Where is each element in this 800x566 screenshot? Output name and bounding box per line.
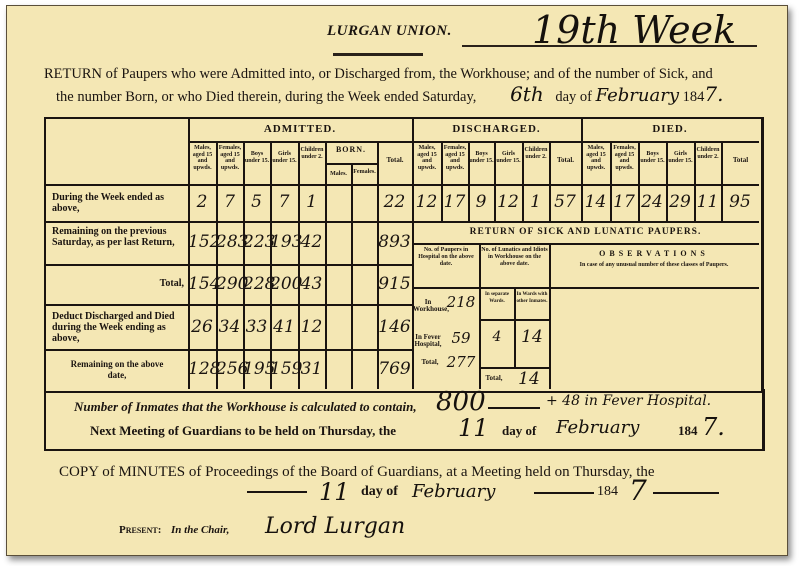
col-admitted-females: Females, aged 15 and upwds.	[217, 145, 243, 171]
with-inmates-label: In Wards with other Inmates.	[515, 291, 549, 305]
cell-value: 1	[522, 192, 549, 212]
row-label-remaining-above: Remaining on the above date,	[62, 359, 172, 381]
minutes-year-prefix: 184	[597, 484, 618, 500]
cell-value: 5	[243, 192, 270, 212]
cell-value: 893	[377, 232, 412, 252]
return-intro: RETURN of Paupers who were Admitted into…	[44, 64, 774, 107]
col-died-total: Total	[722, 157, 759, 164]
cell-value: 41	[270, 317, 298, 337]
cell-value: 152	[188, 232, 216, 252]
col-died-males: Males, aged 15 and upwds.	[582, 145, 610, 171]
cell-value: 159	[270, 359, 298, 379]
row-label-deduct: Deduct Discharged and Died during the We…	[52, 311, 182, 344]
minutes-dash-right	[653, 492, 719, 494]
cell-value: 2	[188, 192, 216, 212]
sick-col1-header: No. of Paupers in Hospital on the above …	[413, 247, 479, 268]
minutes-day-of: day of	[361, 484, 398, 500]
minutes-year-suffix: 7	[629, 474, 647, 507]
present-label: Present:	[119, 524, 161, 536]
col-discharged-boys: Boys under 15.	[469, 151, 494, 164]
cell-value: 200	[270, 274, 298, 294]
cell-value: 7	[216, 192, 243, 212]
intro-line-2: the number Born, or who Died therein, du…	[44, 84, 774, 107]
week-ended-month: February	[596, 85, 679, 106]
cell-value: 95	[721, 192, 759, 212]
cell-value: 154	[188, 274, 216, 294]
capacity-box: Number of Inmates that the Workhouse is …	[44, 389, 765, 451]
col-admitted-boys: Boys under 15.	[244, 151, 270, 164]
col-admitted-children: Children under 2.	[299, 147, 325, 160]
intro-line-1: RETURN of Paupers who were Admitted into…	[44, 64, 774, 84]
cell-value: 29	[666, 192, 694, 212]
cell-value: 22	[377, 192, 412, 212]
cell-value: 915	[377, 274, 412, 294]
col-discharged-children: Children under 2.	[523, 147, 549, 160]
cell-value: 12	[298, 317, 325, 337]
hospital-total-value: 277	[444, 353, 478, 371]
cell-value: 14	[581, 192, 610, 212]
cell-value: 17	[441, 192, 468, 212]
cell-value: 193	[270, 232, 298, 252]
col-born-males: Males.	[326, 171, 351, 178]
born-header: BORN.	[325, 145, 377, 154]
cell-value: 228	[243, 274, 270, 294]
col-admitted-total: Total.	[378, 157, 412, 164]
with-inmates-value: 14	[515, 327, 549, 347]
cell-value: 34	[216, 317, 243, 337]
next-meeting-year-prefix: 184	[678, 423, 698, 439]
document-page: LURGAN UNION. 19th Week RETURN of Pauper…	[6, 5, 788, 556]
col-died-females: Females, aged 15 and upwds.	[611, 145, 638, 171]
next-meeting-year-suffix: 7.	[702, 413, 725, 441]
lunatic-total-label: Total,	[482, 375, 506, 382]
col-admitted-girls: Girls under 15.	[271, 151, 298, 164]
day-of-label: day of	[555, 89, 592, 105]
cell-value: 769	[377, 359, 412, 379]
cell-value: 256	[216, 359, 243, 379]
capacity-dash	[488, 407, 540, 409]
in-workhouse-value: 218	[444, 293, 478, 311]
minutes-dash-mid	[534, 492, 594, 494]
col-died-children: Children under 2.	[695, 147, 721, 160]
observations-subtitle: In case of any unusual number of these c…	[566, 262, 742, 269]
sick-return-title: RETURN OF SICK AND LUNATIC PAUPERS.	[412, 227, 759, 237]
capacity-label: Number of Inmates that the Workhouse is …	[74, 399, 417, 415]
week-underline	[462, 45, 757, 47]
col-discharged-girls: Girls under 15.	[495, 151, 522, 164]
discharged-header: DISCHARGED.	[412, 123, 581, 135]
minutes-month: February	[412, 481, 495, 502]
chair-name: Lord Lurgan	[265, 514, 405, 539]
intro-line-2-text: the number Born, or who Died therein, du…	[56, 89, 476, 105]
admitted-header: ADMITTED.	[188, 123, 412, 135]
cell-value: 1	[298, 192, 325, 212]
minutes-day: 11	[319, 478, 350, 506]
cell-value: 31	[298, 359, 325, 379]
observations-title: OBSERVATIONS	[549, 249, 759, 258]
next-meeting-day-of: day of	[502, 423, 536, 439]
separate-wards-value: 4	[480, 329, 514, 345]
cell-value: 12	[412, 192, 441, 212]
col-born-females: Females.	[352, 169, 377, 176]
row-label-week: During the Week ended as above,	[52, 192, 182, 214]
year-prefix: 184	[683, 89, 705, 105]
capacity-value: 800	[436, 387, 486, 417]
minutes-heading: COPY of MINUTES of Proceedings of the Bo…	[59, 464, 655, 481]
cell-value: 33	[243, 317, 270, 337]
chair-label: In the Chair,	[171, 524, 229, 536]
next-meeting-month: February	[556, 417, 639, 438]
week-ended-day: 6th	[510, 82, 544, 106]
cell-value: 42	[298, 232, 325, 252]
minutes-line-1: COPY of MINUTES of Proceedings of the Bo…	[59, 464, 655, 480]
cell-value: 57	[549, 192, 581, 212]
in-fever-hospital-value: 59	[444, 329, 478, 347]
cell-value: 195	[243, 359, 270, 379]
title-rule	[333, 53, 423, 56]
union-title: LURGAN UNION.	[327, 23, 452, 40]
separate-wards-label: In separate Wards.	[480, 291, 514, 305]
in-fever-hospital-label: In Fever Hospital,	[413, 334, 443, 348]
col-discharged-females: Females, aged 15 and upwds.	[442, 145, 468, 171]
cell-value: 223	[243, 232, 270, 252]
hospital-total-label: Total,	[416, 359, 444, 366]
cell-value: 283	[216, 232, 243, 252]
cell-value: 9	[468, 192, 494, 212]
col-discharged-total: Total.	[550, 157, 581, 164]
cell-value: 7	[270, 192, 298, 212]
year-suffix: 7.	[704, 82, 723, 106]
next-meeting-day: 11	[458, 414, 489, 442]
cell-value: 43	[298, 274, 325, 294]
cell-value: 11	[694, 192, 721, 212]
cell-value: 17	[610, 192, 638, 212]
cell-value: 24	[638, 192, 666, 212]
sick-col2-header: No. of Lunatics and Idiots in Workhouse …	[480, 247, 549, 268]
col-died-girls: Girls under 15.	[667, 151, 694, 164]
col-admitted-males: Males, aged 15 and upwds.	[189, 145, 216, 171]
cell-value: 146	[377, 317, 412, 337]
cell-value: 12	[494, 192, 522, 212]
cell-value: 26	[188, 317, 216, 337]
cell-value: 128	[188, 359, 216, 379]
lunatic-total-value: 14	[510, 369, 548, 389]
paupers-table: ADMITTED. DISCHARGED. DIED. BORN. Males,…	[44, 117, 764, 393]
minutes-dash-left	[247, 491, 307, 493]
died-header: DIED.	[581, 123, 759, 135]
row-label-total: Total,	[52, 278, 184, 289]
col-died-boys: Boys under 15.	[639, 151, 666, 164]
cell-value: 290	[216, 274, 243, 294]
row-label-remaining-previous: Remaining on the previous Saturday, as p…	[52, 226, 182, 248]
capacity-note: + 48 in Fever Hospital.	[546, 393, 711, 409]
col-discharged-males: Males, aged 15 and upwds.	[413, 145, 441, 171]
in-workhouse-label: In Workhouse,	[413, 299, 443, 313]
next-meeting-label: Next Meeting of Guardians to be held on …	[90, 423, 396, 439]
